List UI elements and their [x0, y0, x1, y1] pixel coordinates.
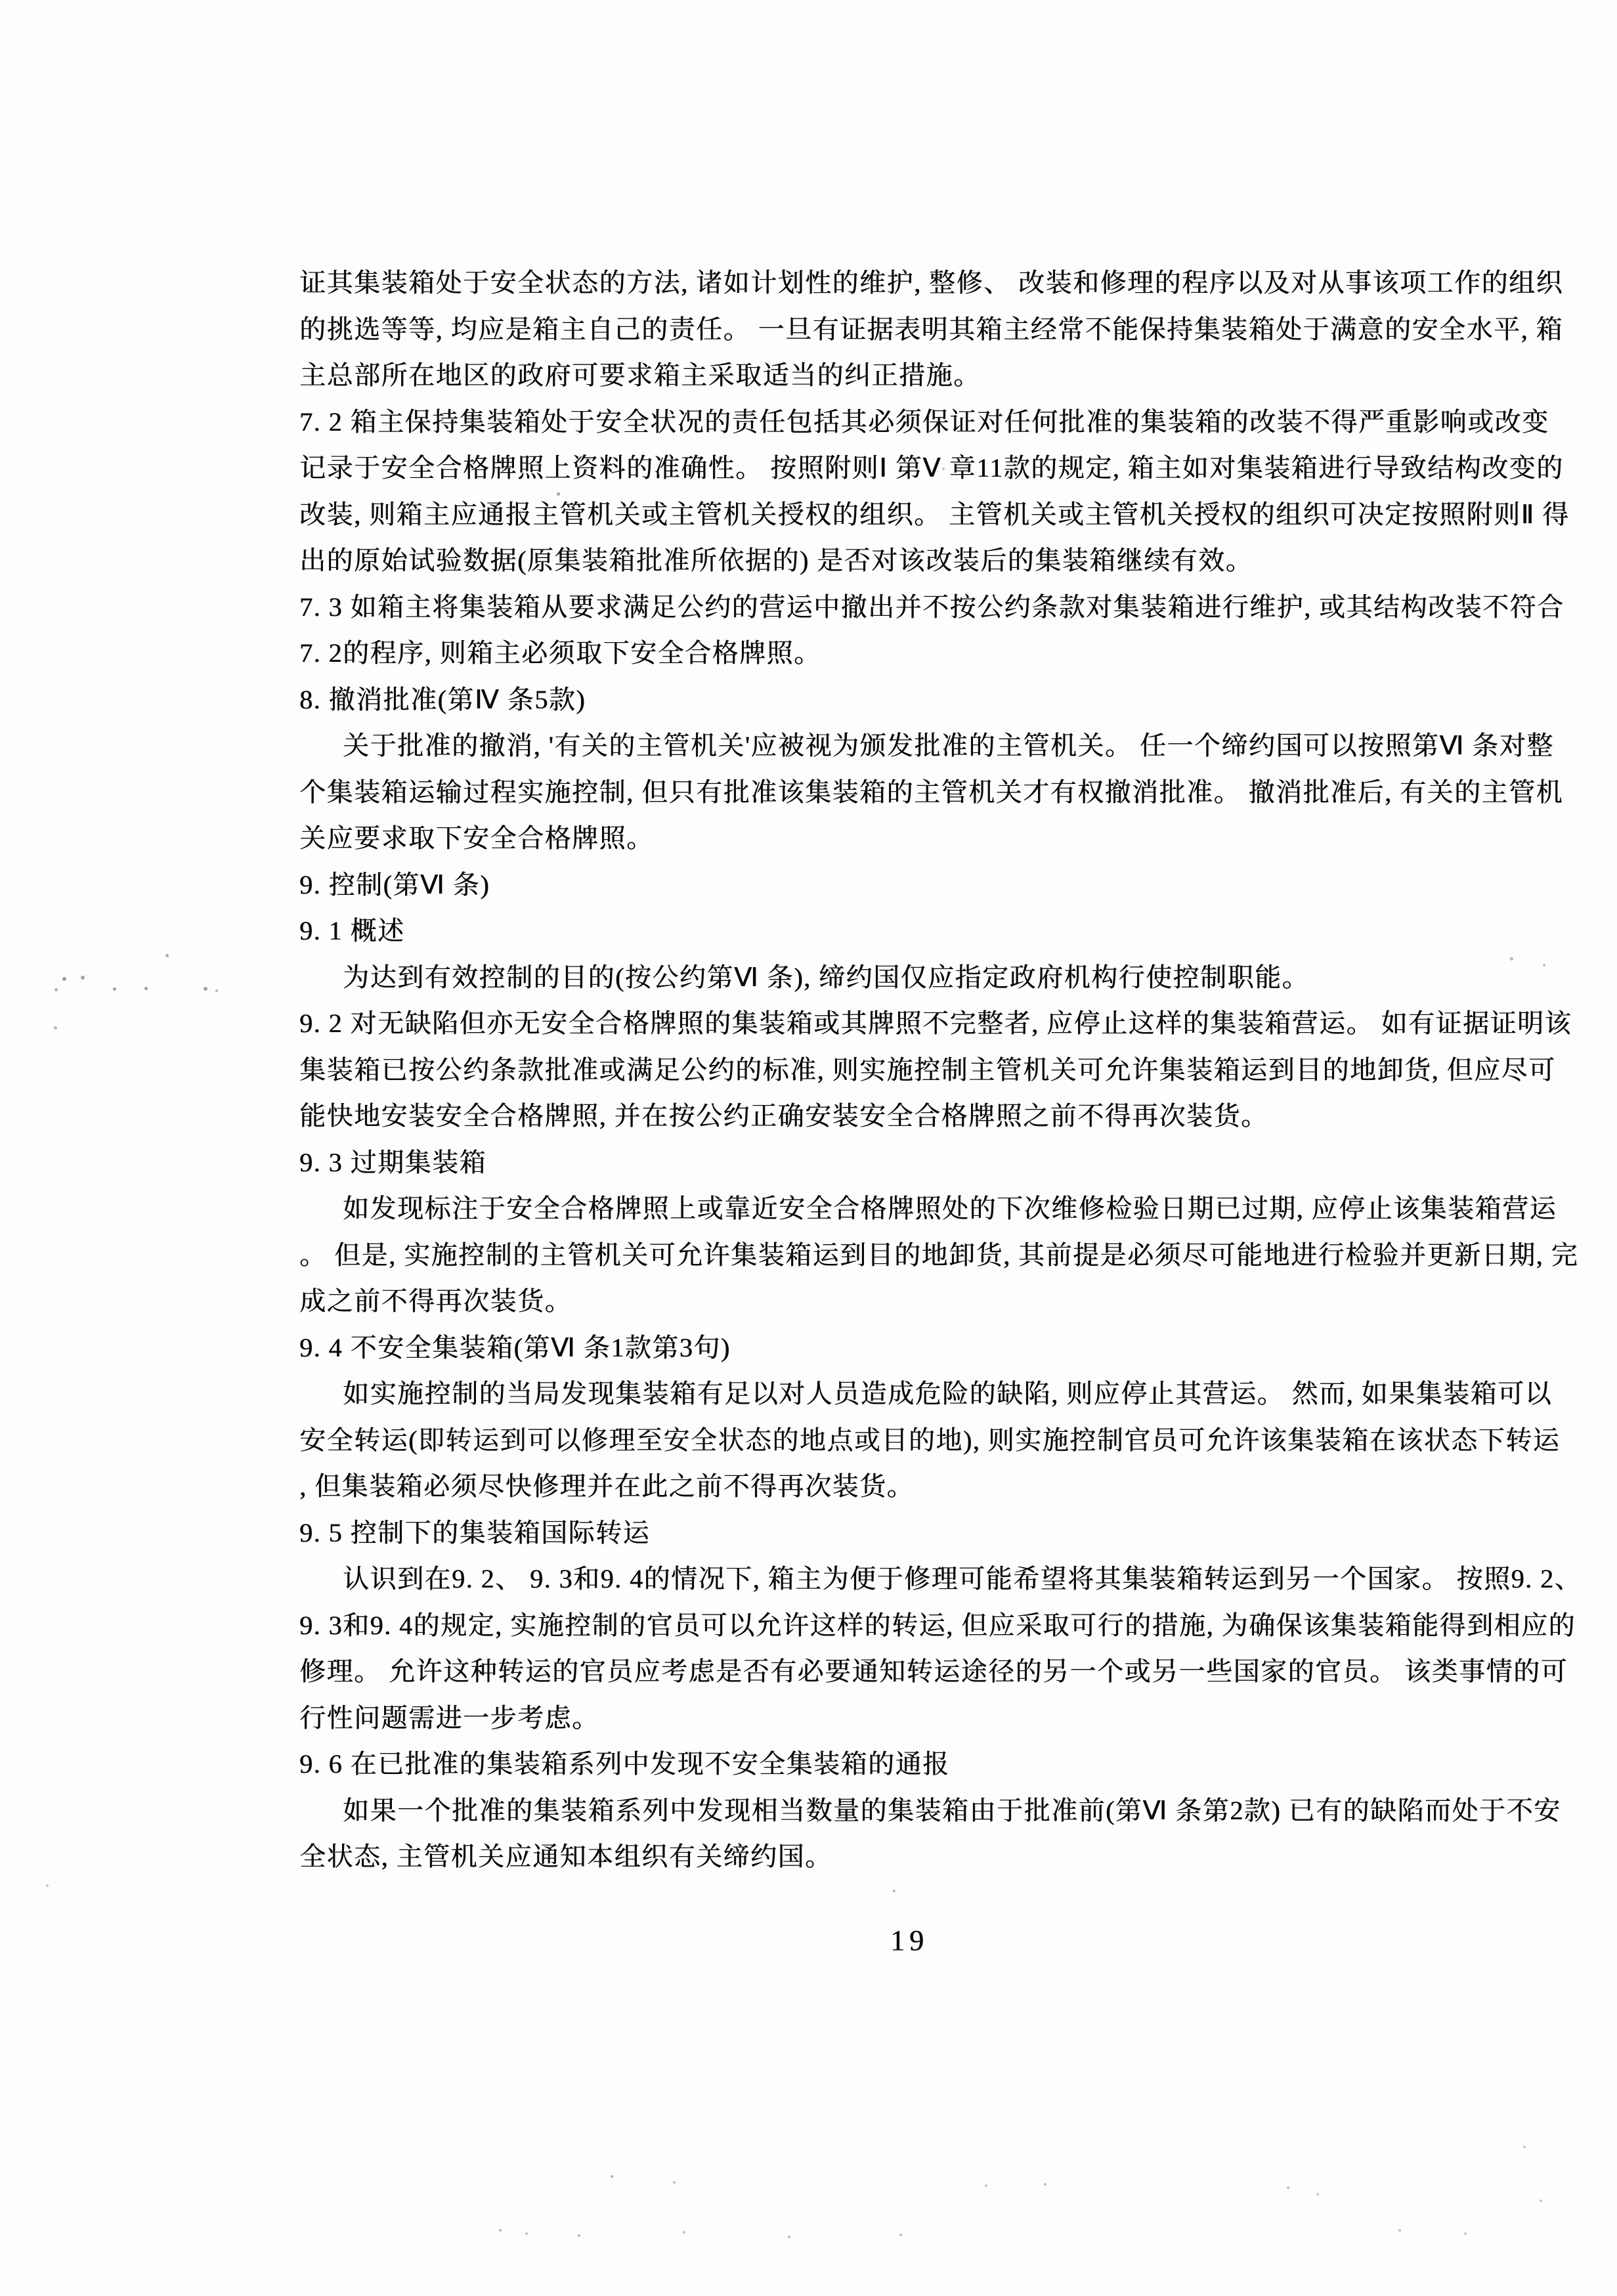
- scan-speck: [1398, 2229, 1401, 2232]
- scan-speck: [1044, 2183, 1046, 2186]
- text-line: 行性问题需进一步考虑。: [299, 1695, 1530, 1742]
- page-number: 19: [880, 1924, 939, 1957]
- scan-speck: [985, 2184, 987, 2187]
- text-line: 安全转运(即转运到可以修理至安全状态的地点或目的地), 则实施控制官员可允许该集…: [299, 1418, 1530, 1464]
- text-line: 关应要求取下安全合格牌照。: [299, 815, 1530, 862]
- text-line: 关于批准的撤消, '有关的主管机关'应被视为颁发批准的主管机关。 任一个缔约国可…: [299, 723, 1530, 769]
- scan-speck: [1316, 2193, 1319, 2196]
- scan-speck: [144, 987, 148, 990]
- text-line: 改装, 则箱主应通报主管机关或主管机关授权的组织。 主管机关或主管机关授权的组织…: [299, 492, 1530, 538]
- text-line: 。 但是, 实施控制的主管机关可允许集装箱运到目的地卸货, 其前提是必须尽可能地…: [299, 1232, 1530, 1279]
- scan-speck: [54, 1026, 57, 1029]
- document-body: 证其集装箱处于安全状态的方法, 诸如计划性的维护, 整修、 改装和修理的程序以及…: [299, 260, 1530, 1880]
- text-line: 7. 2 箱主保持集装箱处于安全状况的责任包括其必须保证对任何批准的集装箱的改装…: [299, 399, 1530, 446]
- section-heading: 9. 3 过期集装箱: [299, 1140, 1530, 1186]
- scan-speck: [893, 1890, 895, 1892]
- text-line: 证其集装箱处于安全状态的方法, 诸如计划性的维护, 整修、 改装和修理的程序以及…: [299, 260, 1530, 307]
- text-line: 7. 2的程序, 则箱主必须取下安全合格牌照。: [299, 630, 1530, 677]
- scan-speck: [788, 2236, 790, 2238]
- scan-speck: [683, 2231, 685, 2234]
- text-line: 如发现标注于安全合格牌照上或靠近安全合格牌照处的下次维修检验日期已过期, 应停止…: [299, 1186, 1530, 1232]
- scan-speck: [611, 2175, 613, 2178]
- text-line: 如实施控制的当局发现集装箱有足以对人员造成危险的缺陷, 则应停止其营运。 然而,…: [299, 1371, 1530, 1418]
- text-line: 能快地安装安全合格牌照, 并在按公约正确安装安全合格牌照之前不得再次装货。: [299, 1093, 1530, 1140]
- scan-speck: [54, 988, 58, 991]
- scan-speck: [215, 989, 218, 992]
- text-line: , 但集装箱必须尽快修理并在此之前不得再次装货。: [299, 1463, 1530, 1510]
- text-line: 7. 3 如箱主将集装箱从要求满足公约的营运中撤出并不按公约条款对集装箱进行维护…: [299, 584, 1530, 631]
- scan-speck: [204, 987, 207, 991]
- scan-speck: [899, 2234, 902, 2236]
- text-line: 9. 3和9. 4的规定, 实施控制的官员可以允许这样的转运, 但应采取可行的措…: [299, 1603, 1530, 1649]
- section-heading: 8. 撤消批准(第Ⅳ 条5款): [299, 677, 1530, 724]
- scan-speck: [165, 954, 169, 957]
- text-line: 记录于安全合格牌照上资料的准确性。 按照附则Ⅰ 第Ⅴ 章11款的规定, 箱主如对…: [299, 445, 1530, 492]
- text-line: 全状态, 主管机关应通知本组织有关缔约国。: [299, 1834, 1530, 1880]
- scan-speck: [1540, 2199, 1542, 2202]
- scan-speck: [1523, 2146, 1526, 2148]
- section-heading: 9. 6 在已批准的集装箱系列中发现不安全集装箱的通报: [299, 1741, 1530, 1788]
- scan-speck: [1464, 2232, 1467, 2235]
- text-line: 出的原始试验数据(原集装箱批准所依据的) 是否对该改装后的集装箱继续有效。: [299, 538, 1530, 584]
- scan-speck: [1543, 964, 1545, 966]
- scan-speck: [499, 2229, 502, 2232]
- section-heading: 9. 控制(第Ⅵ 条): [299, 862, 1530, 909]
- text-line: 如果一个批准的集装箱系列中发现相当数量的集装箱由于批准前(第Ⅵ 条第2款) 已有…: [299, 1788, 1530, 1834]
- scan-speck: [673, 2181, 676, 2184]
- text-line: 个集装箱运输过程实施控制, 但只有批准该集装箱的主管机关才有权撤消批准。 撤消批…: [299, 769, 1530, 816]
- text-line: 的挑选等等, 均应是箱主自己的责任。 一旦有证据表明其箱主经常不能保持集装箱处于…: [299, 307, 1530, 353]
- text-line: 集装箱已按公约条款批准或满足公约的标准, 则实施控制主管机关可允许集装箱运到目的…: [299, 1047, 1530, 1094]
- scan-speck: [1287, 2186, 1289, 2189]
- text-line: 为达到有效控制的目的(按公约第Ⅵ 条), 缔约国仅应指定政府机构行使控制职能。: [299, 955, 1530, 1001]
- text-line: 认识到在9. 2、 9. 3和9. 4的情况下, 箱主为便于修理可能希望将其集装…: [299, 1556, 1530, 1603]
- text-line: 9. 2 对无缺陷但亦无安全合格牌照的集装箱或其牌照不完整者, 应停止这样的集装…: [299, 1001, 1530, 1047]
- section-heading: 9. 1 概述: [299, 908, 1530, 955]
- text-line: 修理。 允许这种转运的官员应考虑是否有必要通知转运途径的另一个或另一些国家的官员…: [299, 1649, 1530, 1695]
- scan-speck: [113, 987, 116, 991]
- scan-speck: [81, 976, 85, 980]
- scan-speck: [46, 1884, 49, 1887]
- text-line: 成之前不得再次装货。: [299, 1278, 1530, 1325]
- document-page: 证其集装箱处于安全状态的方法, 诸如计划性的维护, 整修、 改装和修理的程序以及…: [0, 0, 1617, 2296]
- scan-speck: [525, 2232, 528, 2235]
- scan-speck: [62, 977, 66, 981]
- section-heading: 9. 4 不安全集装箱(第Ⅵ 条1款第3句): [299, 1325, 1530, 1372]
- text-line: 主总部所在地区的政府可要求箱主采取适当的纠正措施。: [299, 353, 1530, 399]
- scan-speck: [578, 2234, 580, 2237]
- section-heading: 9. 5 控制下的集装箱国际转运: [299, 1510, 1530, 1557]
